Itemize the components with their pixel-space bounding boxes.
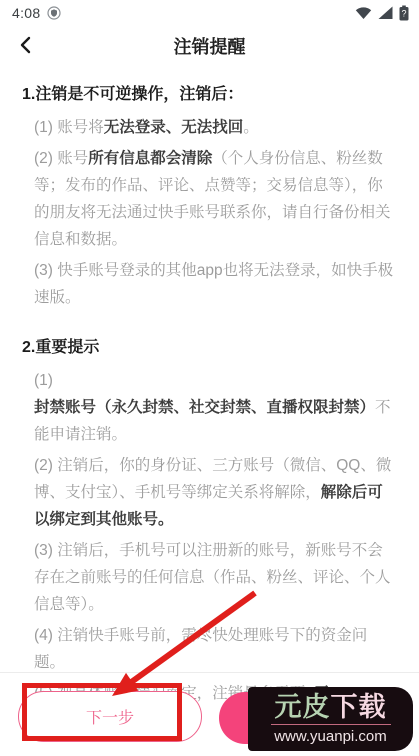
text-run: (3) 注销后，手机号可以注册新的账号，新账号不会存在之前账号的任何信息（作品、… <box>34 542 391 613</box>
text-run: (2) 账号 <box>34 150 88 167</box>
wifi-icon <box>355 6 372 20</box>
battery-icon: ? <box>399 5 409 21</box>
watermark-brand-part2: 下载 <box>331 692 387 722</box>
paragraph: (1) 账号将无法登录、无法找回。 <box>34 114 395 141</box>
paragraph: (3) 注销后，手机号可以注册新的账号，新账号不会存在之前账号的任何信息（作品、… <box>34 537 395 618</box>
status-bar: 4:08 ? <box>0 0 419 24</box>
nav-bar: 注销提醒 <box>0 24 419 68</box>
watermark-url: www.yuanpi.com <box>274 727 387 747</box>
cellular-signal-icon <box>377 6 394 20</box>
section-1: 1.注销是不可逆操作，注销后：(1) 账号将无法登录、无法找回。(2) 账号所有… <box>22 84 395 311</box>
text-run: 所有信息都会清除 <box>88 150 212 167</box>
content: 1.注销是不可逆操作，注销后：(1) 账号将无法登录、无法找回。(2) 账号所有… <box>0 66 419 729</box>
paragraph: (1) 封禁账号（永久封禁、社交封禁、直播权限封禁）不能申请注销。 <box>34 367 395 448</box>
watermark-brand: 元皮下载 <box>271 692 391 725</box>
text-run: (3) 快手账号登录的其他app也将无法登录，如快手极速版。 <box>34 262 393 306</box>
section-2: 2.重要提示(1) 封禁账号（永久封禁、社交封禁、直播权限封禁）不能申请注销。(… <box>22 337 395 707</box>
vpn-shield-icon <box>47 6 61 20</box>
paragraph: (3) 快手账号登录的其他app也将无法登录，如快手极速版。 <box>34 257 395 311</box>
page-title: 注销提醒 <box>174 33 246 59</box>
section-heading: 2.重要提示 <box>22 337 395 359</box>
back-icon[interactable] <box>8 27 44 63</box>
paragraph: (2) 注销后，你的身份证、三方账号（微信、QQ、微博、支付宝）、手机号等绑定关… <box>34 452 395 533</box>
paragraph: (4) 注销快手账号前，需尽快处理账号下的资金问题。 <box>34 622 395 676</box>
watermark-brand-part1: 元皮 <box>275 692 331 722</box>
text-run: 封禁账号（永久封禁、社交封禁、直播权限封禁） <box>34 399 375 416</box>
text-run: (1) <box>34 372 53 389</box>
watermark-overlay: 元皮下载 www.yuanpi.com <box>248 687 413 751</box>
next-step-button[interactable]: 下一步 <box>18 691 202 742</box>
paragraph: (2) 账号所有信息都会清除（个人身份信息、粉丝数等；发布的作品、评论、点赞等；… <box>34 145 395 253</box>
text-run: 无法登录、无法找回 <box>104 119 244 136</box>
text-run: (4) 注销快手账号前，需尽快处理账号下的资金问题。 <box>34 627 367 671</box>
svg-text:?: ? <box>401 9 406 19</box>
footer-divider <box>0 672 419 673</box>
text-run: (1) 账号将 <box>34 119 104 136</box>
status-time: 4:08 <box>12 5 40 21</box>
text-run: 。 <box>243 119 259 136</box>
section-heading: 1.注销是不可逆操作，注销后： <box>22 84 395 106</box>
